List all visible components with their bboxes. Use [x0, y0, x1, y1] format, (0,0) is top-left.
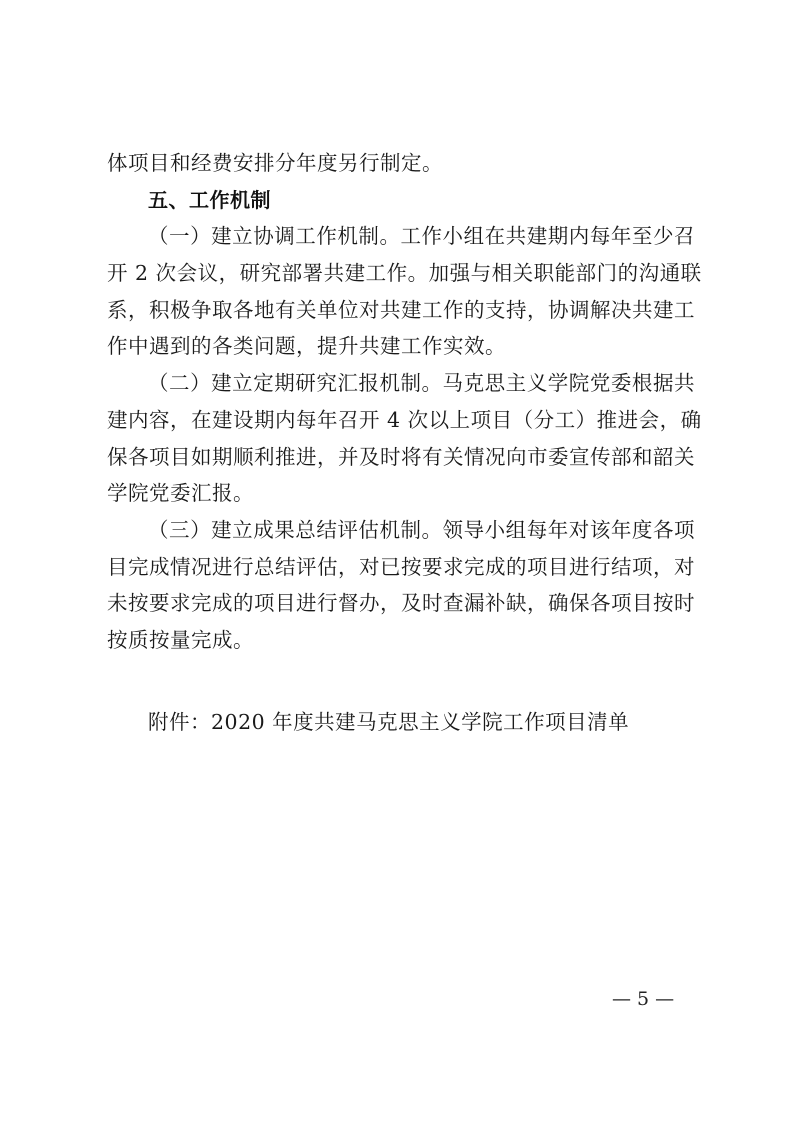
paragraph-line: 保各项目如期顺利推进，并及时将有关情况向市委宣传部和韶关	[107, 439, 695, 476]
paragraph-line: 按质按量完成。	[107, 622, 695, 659]
paragraph-line: （一）建立协调工作机制。工作小组在共建期内每年至少召	[107, 218, 695, 255]
paragraph-reporting-mechanism: （二）建立定期研究汇报机制。马克思主义学院党委根据共 建内容，在建设期内每年召开…	[107, 365, 695, 512]
paragraph-line: （二）建立定期研究汇报机制。马克思主义学院党委根据共	[107, 365, 695, 402]
paragraph-line: 学院党委汇报。	[107, 475, 695, 512]
attachment-note: 附件：2020 年度共建马克思主义学院工作项目清单	[148, 704, 629, 740]
document-page: 体项目和经费安排分年度另行制定。 五、工作机制 （一）建立协调工作机制。工作小组…	[0, 0, 793, 1122]
page-number: — 5 —	[612, 985, 674, 1013]
paragraph-coordination-mechanism: （一）建立协调工作机制。工作小组在共建期内每年至少召 开 2 次会议，研究部署共…	[107, 218, 695, 365]
document-body: 体项目和经费安排分年度另行制定。 五、工作机制 （一）建立协调工作机制。工作小组…	[107, 145, 695, 659]
paragraph-evaluation-mechanism: （三）建立成果总结评估机制。领导小组每年对该年度各项 目完成情况进行总结评估，对…	[107, 512, 695, 659]
paragraph-line: 未按要求完成的项目进行督办，及时查漏补缺，确保各项目按时	[107, 585, 695, 622]
continuation-line: 体项目和经费安排分年度另行制定。	[107, 145, 695, 182]
paragraph-line: 建内容，在建设期内每年召开 4 次以上项目（分工）推进会，确	[107, 402, 695, 439]
paragraph-line: 开 2 次会议，研究部署共建工作。加强与相关职能部门的沟通联	[107, 255, 695, 292]
paragraph-line: 系，积极争取各地有关单位对共建工作的支持，协调解决共建工	[107, 292, 695, 329]
paragraph-line: （三）建立成果总结评估机制。领导小组每年对该年度各项	[107, 512, 695, 549]
section-heading: 五、工作机制	[107, 182, 695, 219]
paragraph-line: 作中遇到的各类问题，提升共建工作实效。	[107, 328, 695, 365]
paragraph-line: 目完成情况进行总结评估，对已按要求完成的项目进行结项，对	[107, 549, 695, 586]
